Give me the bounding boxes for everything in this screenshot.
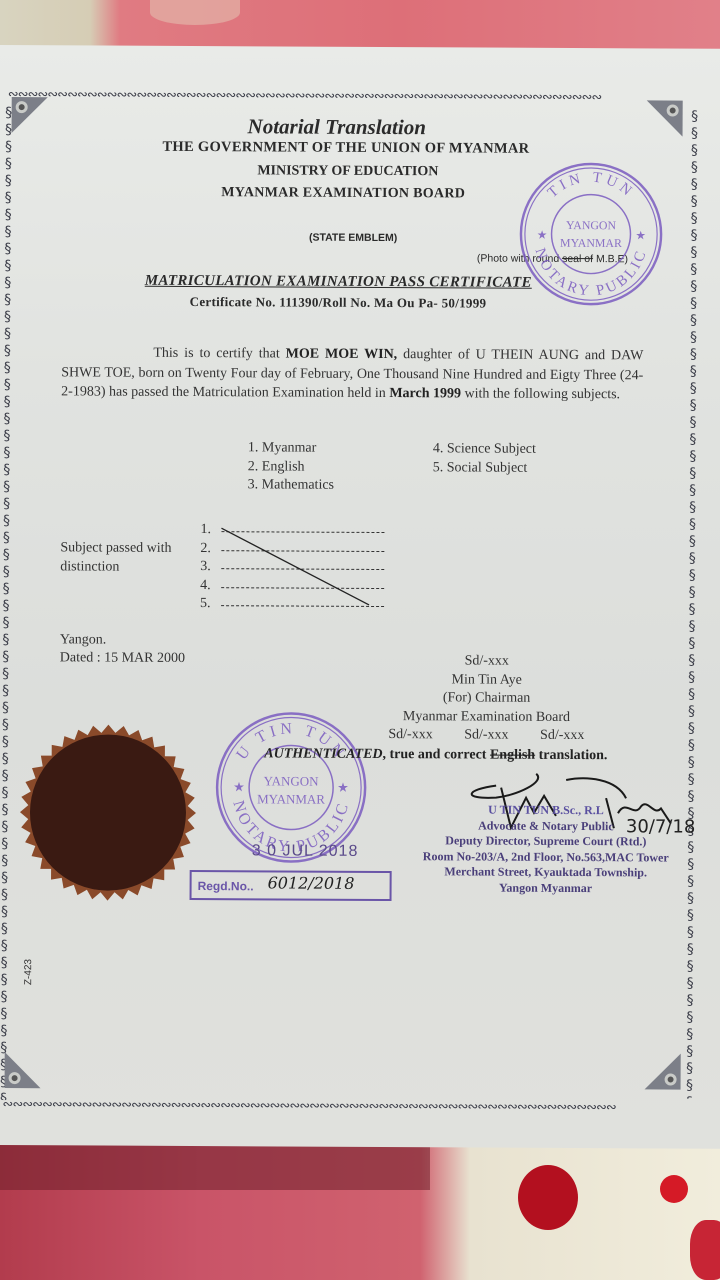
place: Yangon. <box>60 631 185 650</box>
issue-date: Dated : 15 MAR 2000 <box>60 649 185 668</box>
svg-text:★: ★ <box>537 228 548 242</box>
exam-date: March 1999 <box>389 386 461 401</box>
signatory-block: Sd/-xxx Min Tin Aye (For) Chairman Myanm… <box>386 652 586 746</box>
handwritten-date: 30/7/18 <box>626 816 695 837</box>
student-name: MOE MOE WIN, <box>286 347 398 363</box>
distinction-row-number: 2. <box>200 540 218 559</box>
gold-foil-seal-icon <box>18 722 199 903</box>
distinction-row-number: 1. <box>200 521 218 540</box>
form-code: Z-423 <box>23 959 34 985</box>
subject-item: 5. Social Subject <box>433 459 536 478</box>
certificate-number: Certificate No. 111390/Roll No. Ma Ou Pa… <box>190 294 487 312</box>
subjects-list-right: 4. Science Subject 5. Social Subject <box>433 440 536 478</box>
notary-line: Merchant Street, Kyauktada Township. <box>396 864 696 881</box>
subject-item: 1. Myanmar <box>248 439 334 458</box>
signatory-name: Min Tin Aye <box>387 671 587 691</box>
corner-ornament-icon <box>10 95 50 135</box>
auth-struck-word: English <box>490 748 535 763</box>
distinction-label: Subject passed with distinction <box>60 539 171 577</box>
subject-item: 4. Science Subject <box>433 440 536 459</box>
registration-box: Regd.No.. 6012/2018 <box>190 870 392 901</box>
authenticated-word: AUTHENTICATED <box>264 746 382 762</box>
signature-placeholder: Sd/-xxx <box>464 726 508 745</box>
date-stamp: 3 0 JUL 2018 <box>252 842 359 861</box>
distinction-label-line: Subject passed with <box>60 539 171 558</box>
ornamental-border-left: §§§§§§§§§§§§§§§§§§§§§§§§§§§§§§§§§§§§§§§§… <box>0 105 16 1100</box>
subject-item: 2. English <box>248 458 334 477</box>
ornamental-border-bottom: ∾∾∾∾∾∾∾∾∾∾∾∾∾∾∾∾∾∾∾∾∾∾∾∾∾∾∾∾∾∾∾∾∾∾∾∾∾∾∾∾… <box>2 1097 702 1116</box>
header-board: MYANMAR EXAMINATION BOARD <box>221 185 465 202</box>
svg-text:YANGON: YANGON <box>264 773 320 788</box>
registration-number: 6012/2018 <box>268 873 355 892</box>
auth-text: , true and correct <box>383 747 491 763</box>
signatory-role: (For) Chairman <box>387 689 587 709</box>
corner-ornament-icon <box>643 1051 683 1091</box>
svg-text:★: ★ <box>233 779 245 794</box>
certificate-paper: ∾∾∾∾∾∾∾∾∾∾∾∾∾∾∾∾∾∾∾∾∾∾∾∾∾∾∾∾∾∾∾∾∾∾∾∾∾∾∾∾… <box>0 45 720 1149</box>
auth-text-end: translation. <box>535 748 607 763</box>
background-fabric-bottom <box>0 1145 720 1280</box>
state-emblem-note: (STATE EMBLEM) <box>309 232 397 244</box>
svg-text:YANGON: YANGON <box>566 218 616 232</box>
distinction-label-line: distinction <box>60 558 171 577</box>
para-text-1: This is to certify that <box>153 346 285 362</box>
subject-item: 3. Mathematics <box>248 476 334 495</box>
signature-placeholder: Sd/-xxx <box>388 726 432 745</box>
svg-text:TIN TUN: TIN TUN <box>545 169 638 201</box>
registration-label: Regd.No.. <box>198 879 254 893</box>
notary-line: Yangon Myanmar <box>396 880 696 897</box>
cancel-strike-line <box>219 526 379 607</box>
header-ministry: MINISTRY OF EDUCATION <box>257 163 438 180</box>
certification-paragraph: This is to certify that MOE MOE WIN, dau… <box>61 343 643 405</box>
svg-text:★: ★ <box>635 228 646 242</box>
distinction-row-number: 3. <box>200 558 218 577</box>
svg-text:MYANMAR: MYANMAR <box>257 791 325 806</box>
place-date: Yangon. Dated : 15 MAR 2000 <box>60 631 185 668</box>
svg-text:★: ★ <box>337 780 349 795</box>
svg-text:MYANMAR: MYANMAR <box>560 236 622 250</box>
authentication-statement: AUTHENTICATED, true and correct English … <box>264 746 607 764</box>
ornamental-border-right: §§§§§§§§§§§§§§§§§§§§§§§§§§§§§§§§§§§§§§§§… <box>682 109 701 1099</box>
notary-stamp-top: TIN TUN NOTARY PUBLIC YANGON MYANMAR ★ ★ <box>517 160 666 309</box>
corner-ornament-icon <box>645 98 685 138</box>
distinction-row-number: 4. <box>200 577 218 596</box>
distinction-row-number: 5. <box>200 595 218 614</box>
corner-ornament-icon <box>3 1050 43 1090</box>
signatory-org: Myanmar Examination Board <box>386 708 586 728</box>
signature-placeholder: Sd/-xxx <box>540 727 584 746</box>
ornamental-border-top: ∾∾∾∾∾∾∾∾∾∾∾∾∾∾∾∾∾∾∾∾∾∾∾∾∾∾∾∾∾∾∾∾∾∾∾∾∾∾∾∾… <box>8 87 698 106</box>
document-title: Notarial Translation <box>248 114 426 140</box>
signature-placeholder: Sd/-xxx <box>387 652 587 672</box>
notary-line: Room No-203/A, 2nd Floor, No.563,MAC Tow… <box>396 849 696 866</box>
certificate-title: MATRICULATION EXAMINATION PASS CERTIFICA… <box>145 273 532 292</box>
para-text-3: with the following subjects. <box>461 386 620 402</box>
header-government: THE GOVERNMENT OF THE UNION OF MYANMAR <box>162 139 529 158</box>
subjects-list-left: 1. Myanmar 2. English 3. Mathematics <box>248 439 335 495</box>
